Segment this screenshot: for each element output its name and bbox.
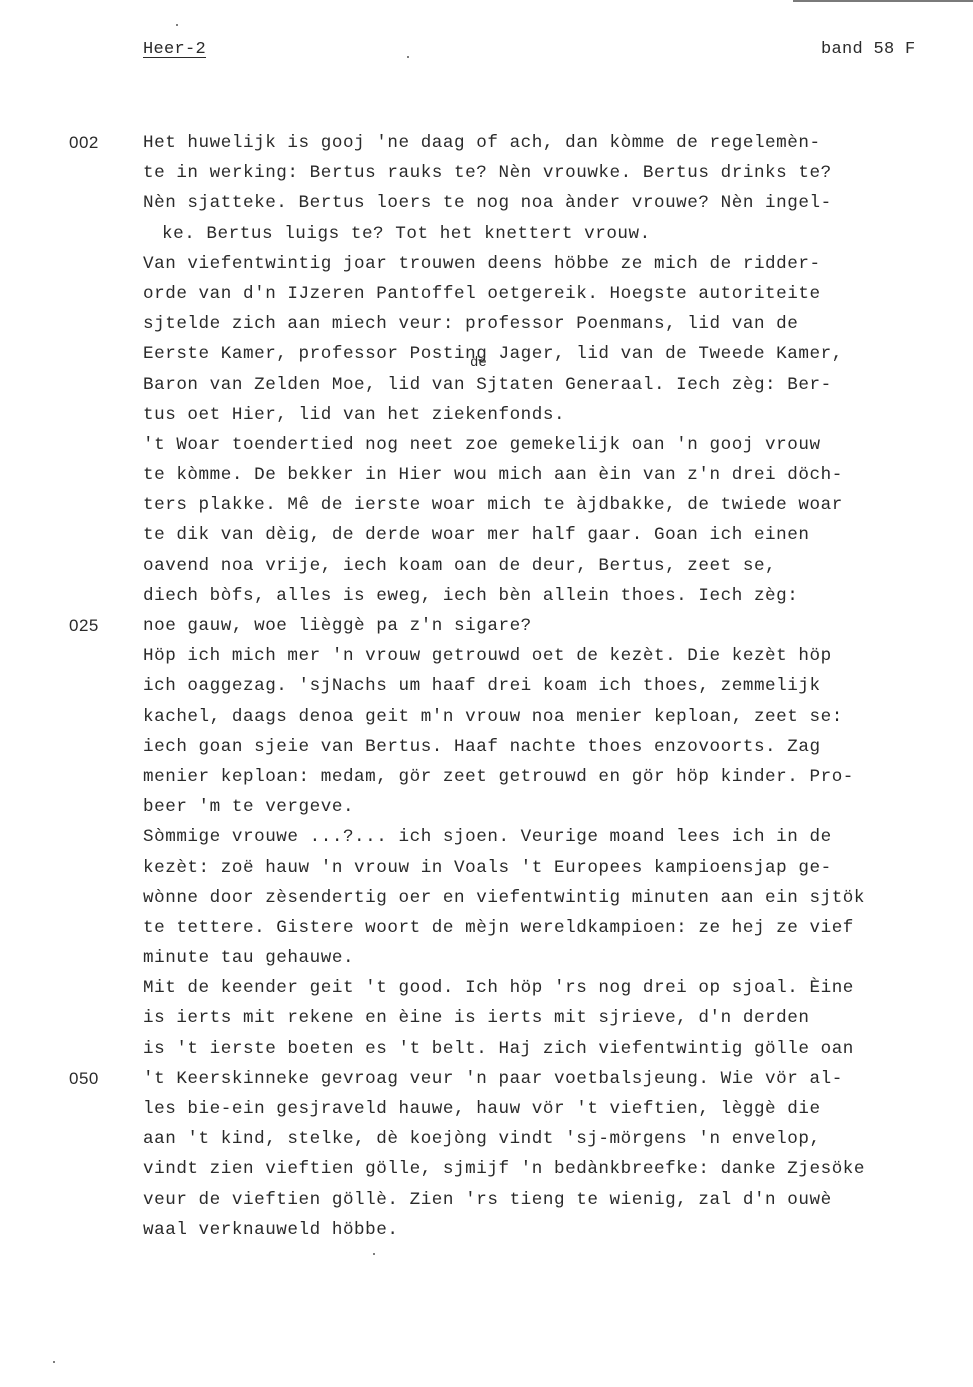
transcript-line: is ierts mit rekene en èine is ierts mit… xyxy=(0,1003,973,1033)
line-text: Eerste Kamer, professor Posting Jager, l… xyxy=(143,339,843,369)
transcript-line: te in werking: Bertus rauks te? Nèn vrou… xyxy=(0,158,973,188)
line-text: vindt zien vieftien gölle, sjmijf 'n bed… xyxy=(143,1154,865,1184)
transcript-line: les bie-ein gesjraveld hauwe, hauw vör '… xyxy=(0,1094,973,1124)
line-text: kezèt: zoë hauw 'n vrouw in Voals 't Eur… xyxy=(143,853,832,883)
line-text: ich oaggezag. 'sjNachs um haaf drei koam… xyxy=(143,671,821,701)
line-text: wònne door zèsendertig oer en viefentwin… xyxy=(143,883,865,913)
interlinear-correction: de xyxy=(470,355,487,371)
line-text: 't Keerskinneke gevroag veur 'n paar voe… xyxy=(143,1064,843,1094)
line-text: oavend noa vrije, iech koam oan de deur,… xyxy=(143,551,776,581)
line-text: is 't ierste boeten es 't belt. Haj zich… xyxy=(143,1034,854,1064)
scan-speck xyxy=(373,1253,375,1255)
transcript-line: aan 't kind, stelke, dè koejòng vindt 's… xyxy=(0,1124,973,1154)
transcript-line: 't Woar toendertied nog neet zoe gemekel… xyxy=(0,430,973,460)
line-text: veur de vieftien göllè. Zien 'rs tieng t… xyxy=(143,1185,832,1215)
transcript-line: kachel, daags denoa geit m'n vrouw noa m… xyxy=(0,702,973,732)
line-text: ters plakke. Mê de ierste woar mich te à… xyxy=(143,490,843,520)
line-text: diech bòfs, alles is eweg, iech bèn alle… xyxy=(143,581,798,611)
line-text: Sòmmige vrouwe ...?... ich sjoen. Veurig… xyxy=(143,822,832,852)
line-text: is ierts mit rekene en èine is ierts mit… xyxy=(143,1003,809,1033)
line-number: 025 xyxy=(69,611,99,641)
transcript-line: 002Het huwelijk is gooj 'ne daag of ach,… xyxy=(0,128,973,158)
transcript-line: ters plakke. Mê de ierste woar mich te à… xyxy=(0,490,973,520)
line-text: noe gauw, woe lièggè pa z'n sigare? xyxy=(143,611,532,641)
transcript-line: te kòmme. De bekker in Hier wou mich aan… xyxy=(0,460,973,490)
line-text: les bie-ein gesjraveld hauwe, hauw vör '… xyxy=(143,1094,821,1124)
transcript-line: vindt zien vieftien gölle, sjmijf 'n bed… xyxy=(0,1154,973,1184)
transcript-line: sjtelde zich aan miech veur: professor P… xyxy=(0,309,973,339)
line-text: te dik van dèig, de derde woar mer half … xyxy=(143,520,809,550)
transcript-line: te dik van dèig, de derde woar mer half … xyxy=(0,520,973,550)
transcript-line: wònne door zèsendertig oer en viefentwin… xyxy=(0,883,973,913)
transcript-line: waal verknauweld höbbe. xyxy=(0,1215,973,1245)
transcript-line: is 't ierste boeten es 't belt. Haj zich… xyxy=(0,1034,973,1064)
transcript-line: Mit de keender geit 't good. Ich höp 'rs… xyxy=(0,973,973,1003)
transcript-line: kezèt: zoë hauw 'n vrouw in Voals 't Eur… xyxy=(0,853,973,883)
line-text: Mit de keender geit 't good. Ich höp 'rs… xyxy=(143,973,854,1003)
transcript-line: Van viefentwintig joar trouwen deens höb… xyxy=(0,249,973,279)
scan-speck xyxy=(176,24,178,26)
line-text: beer 'm te vergeve. xyxy=(143,792,354,822)
line-text: ke. Bertus luigs te? Tot het knettert vr… xyxy=(162,219,651,249)
line-text: tus oet Hier, lid van het ziekenfonds. xyxy=(143,400,565,430)
line-text: sjtelde zich aan miech veur: professor P… xyxy=(143,309,798,339)
line-text: Höp ich mich mer 'n vrouw getrouwd oet d… xyxy=(143,641,832,671)
transcript-line: orde van d'n IJzeren Pantoffel oetgereik… xyxy=(0,279,973,309)
transcript-line: ich oaggezag. 'sjNachs um haaf drei koam… xyxy=(0,671,973,701)
line-text: 't Woar toendertied nog neet zoe gemekel… xyxy=(143,430,821,460)
line-text: te tettere. Gistere woort de mèjn wereld… xyxy=(143,913,854,943)
line-text: orde van d'n IJzeren Pantoffel oetgereik… xyxy=(143,279,821,309)
transcript-body: 002Het huwelijk is gooj 'ne daag of ach,… xyxy=(0,128,973,1245)
transcript-line: Baron van Zelden Moe, lid van Sjtaten Ge… xyxy=(0,370,973,400)
transcript-line: Sòmmige vrouwe ...?... ich sjoen. Veurig… xyxy=(0,822,973,852)
line-text: waal verknauweld höbbe. xyxy=(143,1215,398,1245)
line-number: 002 xyxy=(69,128,99,158)
transcript-line: Höp ich mich mer 'n vrouw getrouwd oet d… xyxy=(0,641,973,671)
transcript-line: 050't Keerskinneke gevroag veur 'n paar … xyxy=(0,1064,973,1094)
line-text: Nèn sjatteke. Bertus loers te nog noa àn… xyxy=(143,188,832,218)
transcript-line: menier keploan: medam, gör zeet getrouwd… xyxy=(0,762,973,792)
transcript-line: beer 'm te vergeve. xyxy=(0,792,973,822)
line-text: Het huwelijk is gooj 'ne daag of ach, da… xyxy=(143,128,821,158)
line-number: 050 xyxy=(69,1064,99,1094)
transcript-line: Nèn sjatteke. Bertus loers te nog noa àn… xyxy=(0,188,973,218)
line-text: menier keploan: medam, gör zeet getrouwd… xyxy=(143,762,854,792)
scan-edge-rule xyxy=(793,0,973,2)
line-text: Van viefentwintig joar trouwen deens höb… xyxy=(143,249,821,279)
transcript-line: iech goan sjeie van Bertus. Haaf nachte … xyxy=(0,732,973,762)
line-text: Baron van Zelden Moe, lid van Sjtaten Ge… xyxy=(143,370,832,400)
transcript-line: 025noe gauw, woe lièggè pa z'n sigare? xyxy=(0,611,973,641)
transcript-line: te tettere. Gistere woort de mèjn wereld… xyxy=(0,913,973,943)
line-text: te kòmme. De bekker in Hier wou mich aan… xyxy=(143,460,843,490)
transcript-line: tus oet Hier, lid van het ziekenfonds. xyxy=(0,400,973,430)
line-text: aan 't kind, stelke, dè koejòng vindt 's… xyxy=(143,1124,821,1154)
transcript-line: oavend noa vrije, iech koam oan de deur,… xyxy=(0,551,973,581)
line-text: iech goan sjeie van Bertus. Haaf nachte … xyxy=(143,732,821,762)
transcript-line: ke. Bertus luigs te? Tot het knettert vr… xyxy=(0,219,973,249)
document-title: Heer-2 xyxy=(143,40,206,59)
scan-speck xyxy=(53,1361,55,1363)
band-label: band 58 F xyxy=(821,40,916,59)
transcript-line: veur de vieftien göllè. Zien 'rs tieng t… xyxy=(0,1185,973,1215)
scan-speck xyxy=(407,56,409,58)
line-text: kachel, daags denoa geit m'n vrouw noa m… xyxy=(143,702,843,732)
transcript-line: minute tau gehauwe. xyxy=(0,943,973,973)
line-text: minute tau gehauwe. xyxy=(143,943,354,973)
line-text: te in werking: Bertus rauks te? Nèn vrou… xyxy=(143,158,832,188)
transcript-line: diech bòfs, alles is eweg, iech bèn alle… xyxy=(0,581,973,611)
